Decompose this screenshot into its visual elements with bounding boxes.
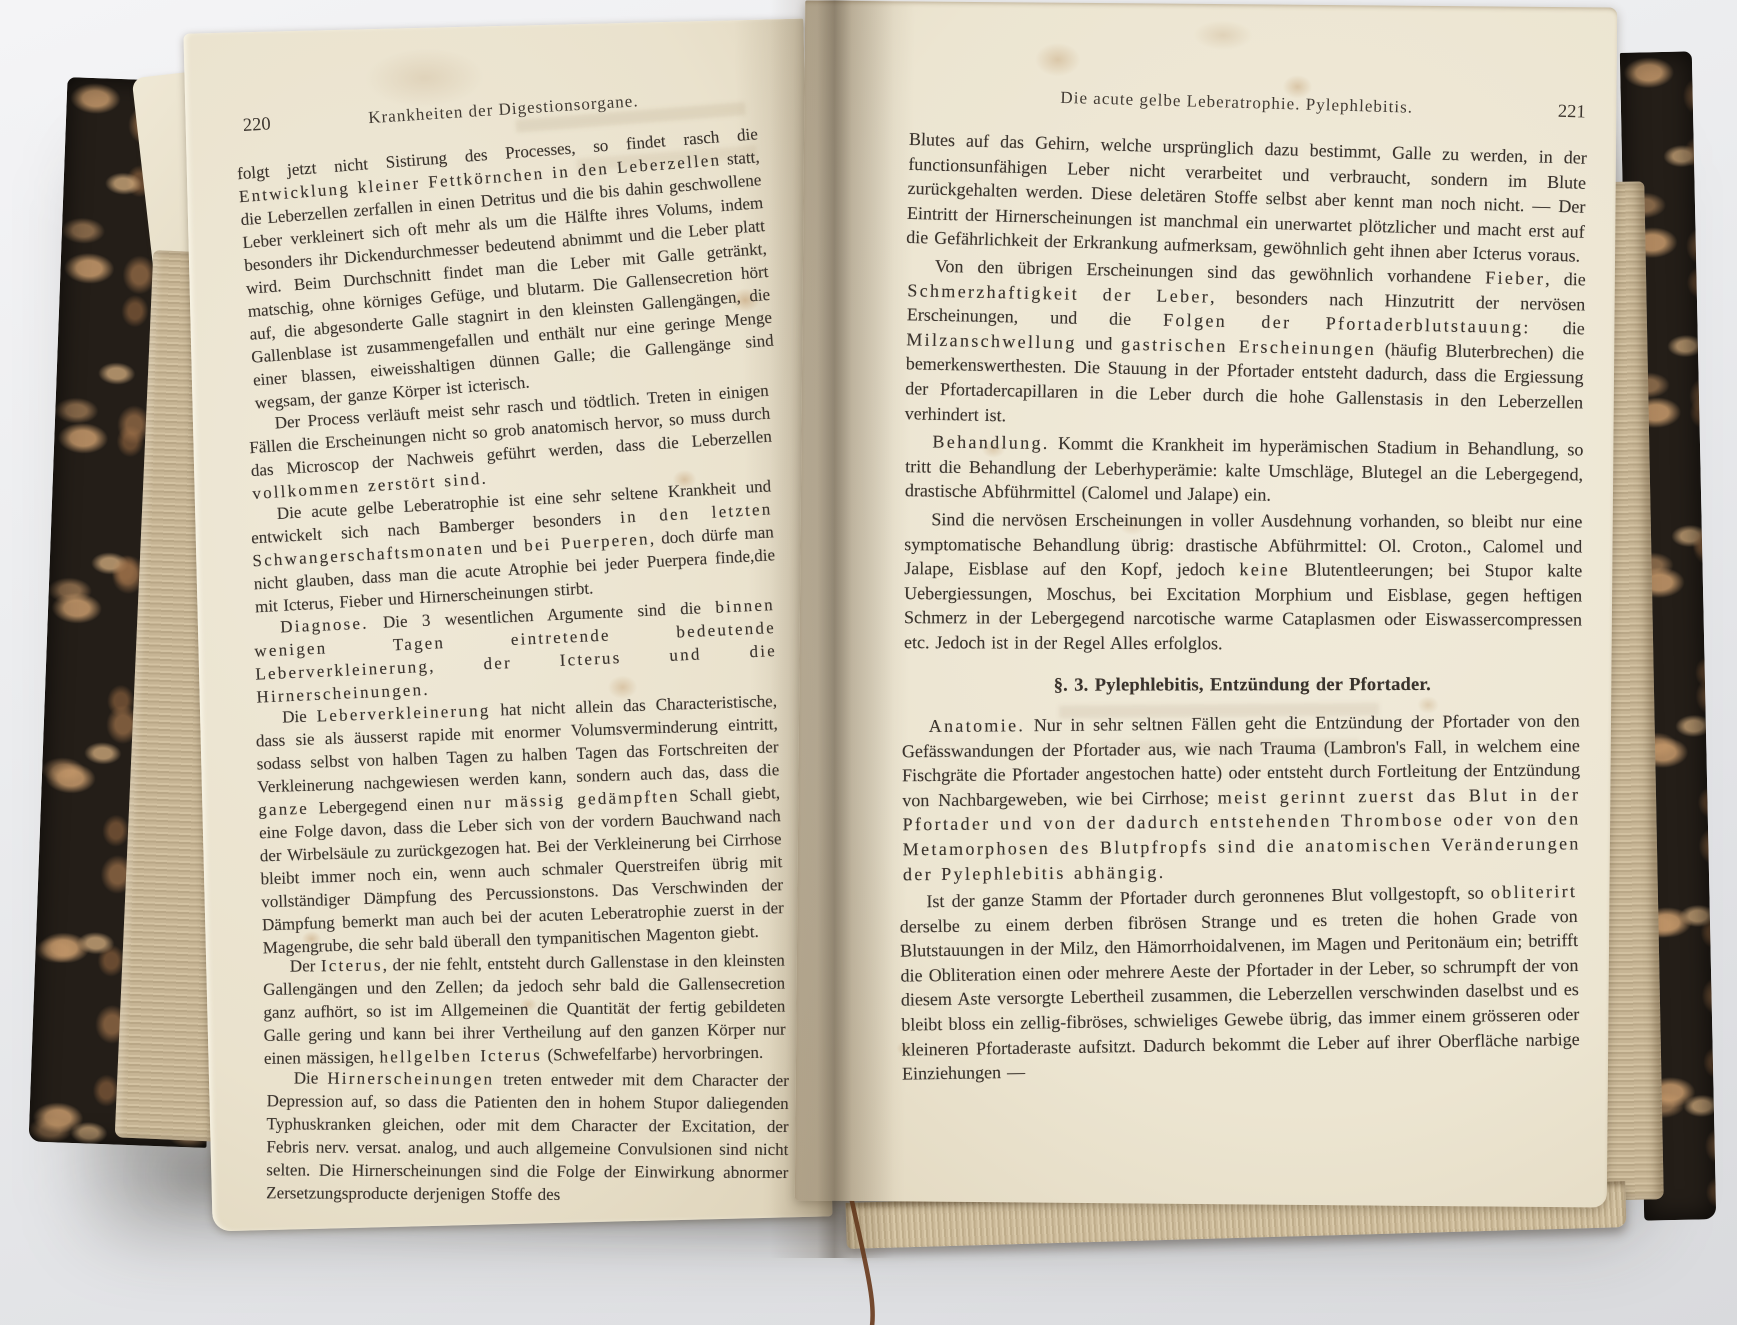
body-text: und (484, 536, 525, 557)
emphasized-text: nur mässig gedämpften (463, 786, 680, 812)
paragraph: Ist der ganze Stamm der Pfortader durch … (899, 879, 1580, 1086)
body-text: treten entweder mit dem Character der De… (266, 1070, 789, 1204)
page-number-right: 221 (1495, 100, 1586, 124)
paragraph: folgt jetzt nicht Sistirung des Processe… (236, 122, 776, 414)
left-page-text: folgt jetzt nicht Sistirung des Processe… (186, 135, 832, 1214)
body-text: Lebergegend einen (309, 794, 464, 818)
emphasized-text: hellgelben Icterus (379, 1046, 542, 1067)
header-spacer (908, 99, 978, 101)
paragraph: Die Hirnerscheinungen treten entweder mi… (266, 1066, 789, 1207)
body-text: Ist der ganze Stamm der Pfortader durch … (926, 883, 1491, 912)
page-number-left: 220 (242, 112, 313, 137)
right-page-header: Die acute gelbe Leberatrophie. Pylephleb… (803, 0, 1617, 146)
body-text: (Schwefelfarbe) hervorbringen. (542, 1043, 763, 1065)
body-text: Die (282, 706, 317, 726)
emphasized-text: obliterirt (1491, 881, 1578, 902)
emphasized-text: ganze (258, 799, 309, 820)
section-heading: §. 3. Pylephlebitis, Entzündung der Pfor… (903, 673, 1581, 699)
emphasized-text: Milzanschwellung (906, 329, 1077, 353)
emphasized-text: Diagnose. (280, 613, 369, 636)
body-text: und (1077, 333, 1122, 354)
photo-scene: 220 Krankheiten der Digestionsorgane. fo… (0, 0, 1737, 1325)
paragraph: Behandlung. Kommt die Krankheit im hyper… (905, 429, 1584, 511)
emphasized-text: keine (1239, 559, 1290, 579)
paragraph: Der Icterus, der nie fehlt, entsteht dur… (263, 949, 786, 1070)
paragraph: Anatomie. Nur in sehr seltnen Fällen geh… (902, 708, 1581, 886)
emphasized-text: Icterus (321, 955, 383, 975)
header-spacer (694, 98, 764, 102)
paragraph: Von den übrigen Erscheinungen sind das g… (905, 253, 1586, 439)
emphasized-text: bei Puerperen (524, 529, 651, 555)
emphasized-text: gastrischen Erscheinungen (1121, 333, 1377, 358)
emphasized-text: Folgen der Pfortaderblutstauung: (1163, 310, 1531, 338)
body-text: derselbe zu einem derben fibrösen Strang… (900, 906, 1580, 1084)
running-title-right: Die acute gelbe Leberatrophie. Pylephleb… (978, 86, 1496, 120)
emphasized-text: Fieber (1485, 267, 1545, 288)
emphasized-text: Schmerzhaftigkeit der Leber (907, 280, 1210, 306)
emphasized-text: Leberverkleinerung (316, 701, 490, 726)
running-title-left: Krankheiten der Digestionsorgane. (312, 88, 695, 132)
emphasized-text: Hirnerscheinungen (327, 1069, 494, 1089)
emphasized-text: Behandlung. (932, 432, 1049, 453)
right-page-text: Blutes auf das Gehirn, welche ursprüngli… (796, 132, 1616, 1084)
emphasized-text: Anatomie. (929, 715, 1026, 736)
body-text: §. 3. Pylephlebitis, Entzündung der Pfor… (1054, 675, 1431, 696)
paragraph: Sind die nervösen Erscheinungen in volle… (904, 507, 1583, 657)
right-page: Die acute gelbe Leberatrophie. Pylephleb… (795, 0, 1617, 1207)
body-text: die (1531, 317, 1585, 338)
body-text: Der (290, 956, 321, 975)
body-text: Blutes auf das Gehirn, welche ursprüngli… (906, 129, 1587, 266)
body-text: , die (1545, 269, 1586, 290)
left-page: 220 Krankheiten der Digestionsorgane. fo… (183, 19, 832, 1232)
body-text: Die (294, 1068, 328, 1087)
paragraph: Blutes auf das Gehirn, welche ursprüngli… (906, 127, 1587, 269)
paragraph: Die Leberverkleinerung hat nicht allein … (255, 689, 785, 959)
